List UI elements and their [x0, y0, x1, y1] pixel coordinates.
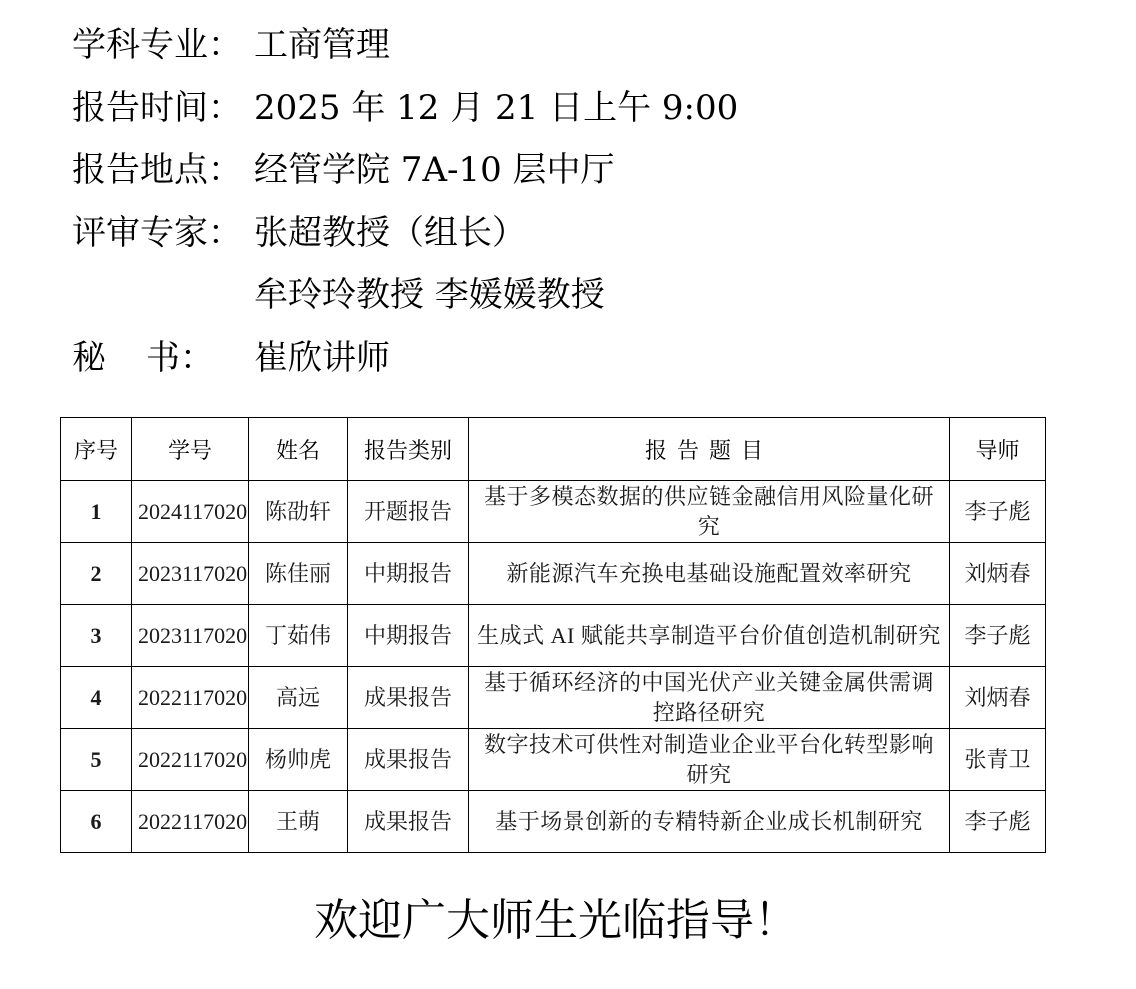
secretary-row: 秘 书： 崔欣讲师 — [72, 327, 738, 390]
cell-report-title: 基于多模态数据的供应链金融信用风险量化研究 — [469, 481, 950, 543]
experts-row: 评审专家： 张超教授（组长） — [72, 202, 738, 265]
cell-student-id: 202211702007 — [132, 791, 249, 853]
experts-value: 张超教授（组长） — [254, 213, 526, 253]
cell-name: 王萌 — [249, 791, 348, 853]
report-info: 学科专业： 工商管理 报告时间： 2025 年 12 月 21 日上午 9:00… — [72, 14, 738, 389]
experts-label: 评审专家： — [72, 213, 254, 253]
cell-report-type: 中期报告 — [348, 605, 469, 667]
cell-report-title: 基于循环经济的中国光伏产业关键金属供需调控路径研究 — [469, 667, 950, 729]
cell-advisor: 李子彪 — [950, 481, 1046, 543]
secretary-label-char1: 秘 — [72, 338, 106, 378]
location-label: 报告地点： — [72, 150, 254, 190]
header-seq: 序号 — [61, 418, 132, 481]
cell-name: 陈佳丽 — [249, 543, 348, 605]
time-label: 报告时间： — [72, 88, 254, 128]
welcome-footer: 欢迎广大师生光临指导！ — [0, 893, 1136, 949]
cell-seq: 5 — [61, 729, 132, 791]
major-row: 学科专业： 工商管理 — [72, 14, 738, 77]
cell-report-type: 中期报告 — [348, 543, 469, 605]
table-header-row: 序号 学号 姓名 报告类别 报告题目 导师 — [61, 418, 1046, 481]
cell-student-id: 202411702005 — [132, 481, 249, 543]
header-report-type: 报告类别 — [348, 418, 469, 481]
table-row: 5 202211702004 杨帅虎 成果报告 数字技术可供性对制造业企业平台化… — [61, 729, 1046, 791]
secretary-label: 秘 书： — [72, 338, 214, 378]
cell-student-id: 202311702006 — [132, 605, 249, 667]
cell-advisor: 张青卫 — [950, 729, 1046, 791]
major-value: 工商管理 — [254, 25, 390, 65]
major-label: 学科专业： — [72, 25, 254, 65]
cell-advisor: 刘炳春 — [950, 667, 1046, 729]
table-row: 6 202211702007 王萌 成果报告 基于场景创新的专精特新企业成长机制… — [61, 791, 1046, 853]
table-row: 3 202311702006 丁茹伟 中期报告 生成式 AI 赋能共享制造平台价… — [61, 605, 1046, 667]
cell-advisor: 李子彪 — [950, 791, 1046, 853]
time-value: 2025 年 12 月 21 日上午 9:00 — [254, 88, 738, 128]
cell-report-type: 成果报告 — [348, 667, 469, 729]
location-row: 报告地点： 经管学院 7A-10 层中厅 — [72, 139, 738, 202]
cell-report-type: 开题报告 — [348, 481, 469, 543]
cell-student-id: 202211702003 — [132, 667, 249, 729]
table-row: 4 202211702003 高远 成果报告 基于循环经济的中国光伏产业关键金属… — [61, 667, 1046, 729]
cell-student-id: 202211702004 — [132, 729, 249, 791]
header-report-title: 报告题目 — [469, 418, 950, 481]
header-advisor: 导师 — [950, 418, 1046, 481]
secretary-value: 崔欣讲师 — [254, 338, 390, 378]
cell-seq: 1 — [61, 481, 132, 543]
report-schedule-table: 序号 学号 姓名 报告类别 报告题目 导师 1 202411702005 陈劭轩… — [60, 417, 1046, 853]
cell-advisor: 李子彪 — [950, 605, 1046, 667]
experts-row-2: 牟玲玲教授 李媛媛教授 — [72, 264, 738, 327]
cell-report-title: 生成式 AI 赋能共享制造平台价值创造机制研究 — [469, 605, 950, 667]
time-row: 报告时间： 2025 年 12 月 21 日上午 9:00 — [72, 77, 738, 140]
header-name: 姓名 — [249, 418, 348, 481]
cell-seq: 4 — [61, 667, 132, 729]
cell-seq: 6 — [61, 791, 132, 853]
cell-name: 高远 — [249, 667, 348, 729]
experts-value-line2: 牟玲玲教授 李媛媛教授 — [254, 275, 605, 315]
secretary-label-char2: 书： — [146, 338, 214, 378]
cell-report-title: 新能源汽车充换电基础设施配置效率研究 — [469, 543, 950, 605]
cell-name: 陈劭轩 — [249, 481, 348, 543]
location-value: 经管学院 7A-10 层中厅 — [254, 150, 615, 190]
cell-report-type: 成果报告 — [348, 729, 469, 791]
table-row: 1 202411702005 陈劭轩 开题报告 基于多模态数据的供应链金融信用风… — [61, 481, 1046, 543]
cell-seq: 3 — [61, 605, 132, 667]
cell-report-type: 成果报告 — [348, 791, 469, 853]
cell-advisor: 刘炳春 — [950, 543, 1046, 605]
header-student-id: 学号 — [132, 418, 249, 481]
cell-report-title: 数字技术可供性对制造业企业平台化转型影响研究 — [469, 729, 950, 791]
cell-seq: 2 — [61, 543, 132, 605]
cell-student-id: 202311702003 — [132, 543, 249, 605]
cell-name: 丁茹伟 — [249, 605, 348, 667]
cell-name: 杨帅虎 — [249, 729, 348, 791]
cell-report-title: 基于场景创新的专精特新企业成长机制研究 — [469, 791, 950, 853]
table-row: 2 202311702003 陈佳丽 中期报告 新能源汽车充换电基础设施配置效率… — [61, 543, 1046, 605]
